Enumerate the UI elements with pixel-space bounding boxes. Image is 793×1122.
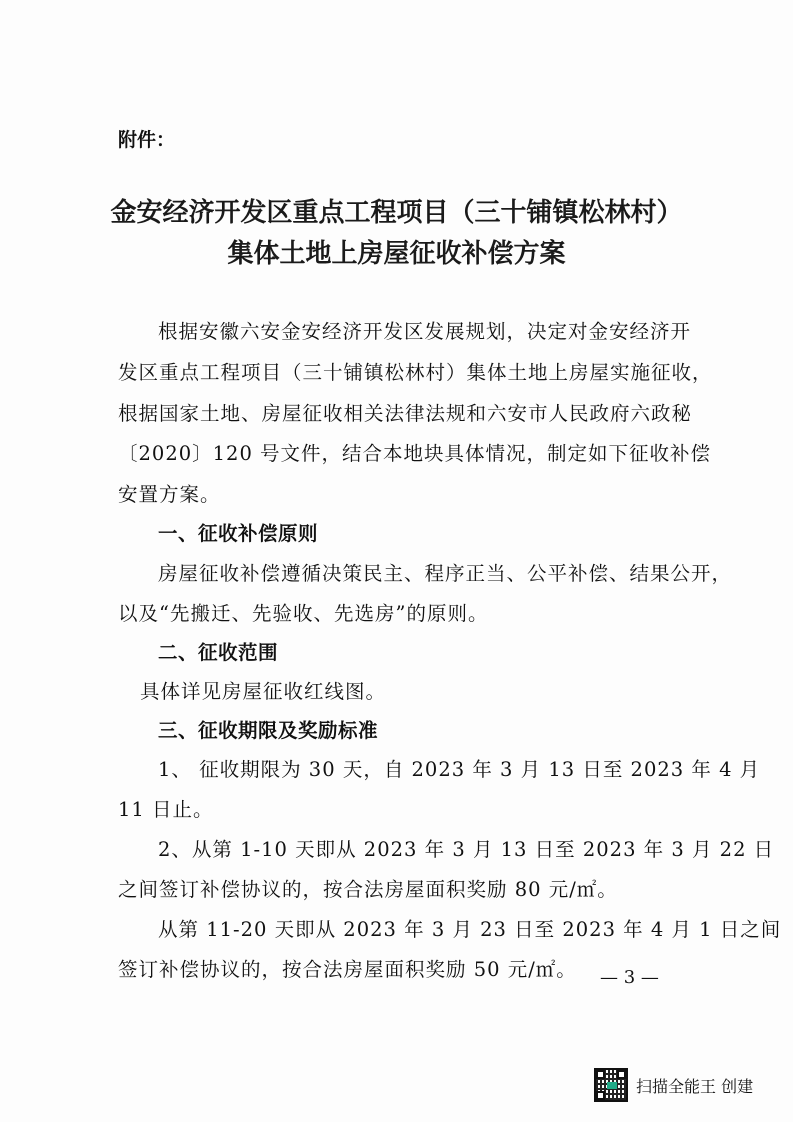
document-page: 附件： 金安经济开发区重点工程项目（三十铺镇松林村） 集体土地上房屋征收补偿方案…: [0, 0, 793, 1122]
paragraph-line: 安置方案。: [118, 479, 678, 507]
paragraph-line: 11 日止。: [118, 794, 678, 822]
paragraph-line: 从第 11-20 天即从 2023 年 3 月 23 日至 2023 年 4 月…: [158, 914, 718, 942]
paragraph-line: 具体详见房屋征收红线图。: [140, 676, 700, 704]
section-heading-1: 一、征收补偿原则: [158, 518, 718, 546]
watermark-text: 扫描全能王 创建: [636, 1074, 753, 1097]
paragraph-line: 根据安徽六安金安经济开发区发展规划，决定对金安经济开: [158, 316, 718, 344]
paragraph-line: 根据国家土地、房屋征收相关法律法规和六安市人民政府六政秘: [118, 398, 678, 426]
section-heading-2: 二、征收范围: [158, 637, 718, 665]
paragraph-line: 〔2020〕120 号文件，结合本地块具体情况，制定如下征收补偿: [118, 438, 678, 466]
paragraph-line: 1、 征收期限为 30 天，自 2023 年 3 月 13 日至 2023 年 …: [158, 754, 718, 782]
paragraph-line: 签订补偿协议的，按合法房屋面积奖励 50 元/㎡。: [118, 954, 678, 982]
paragraph-line: 之间签订补偿协议的，按合法房屋面积奖励 80 元/㎡。: [118, 874, 678, 902]
qr-code-icon: [594, 1068, 628, 1102]
document-title-line-2: 集体土地上房屋征收补偿方案: [0, 233, 793, 270]
document-title-line-1: 金安经济开发区重点工程项目（三十铺镇松林村）: [0, 192, 793, 229]
paragraph-line: 以及“先搬迁、先验收、先选房”的原则。: [118, 598, 678, 626]
paragraph-line: 房屋征收补偿遵循决策民主、程序正当、公平补偿、结果公开，: [158, 558, 718, 586]
page-number: — 3 —: [600, 967, 659, 988]
scanner-watermark: 扫描全能王 创建: [594, 1068, 753, 1102]
paragraph-line: 2、从第 1-10 天即从 2023 年 3 月 13 日至 2023 年 3 …: [158, 834, 718, 862]
attachment-label: 附件：: [118, 125, 175, 152]
section-heading-3: 三、征收期限及奖励标准: [158, 715, 718, 743]
paragraph-line: 发区重点工程项目（三十铺镇松林村）集体土地上房屋实施征收，: [118, 357, 678, 385]
